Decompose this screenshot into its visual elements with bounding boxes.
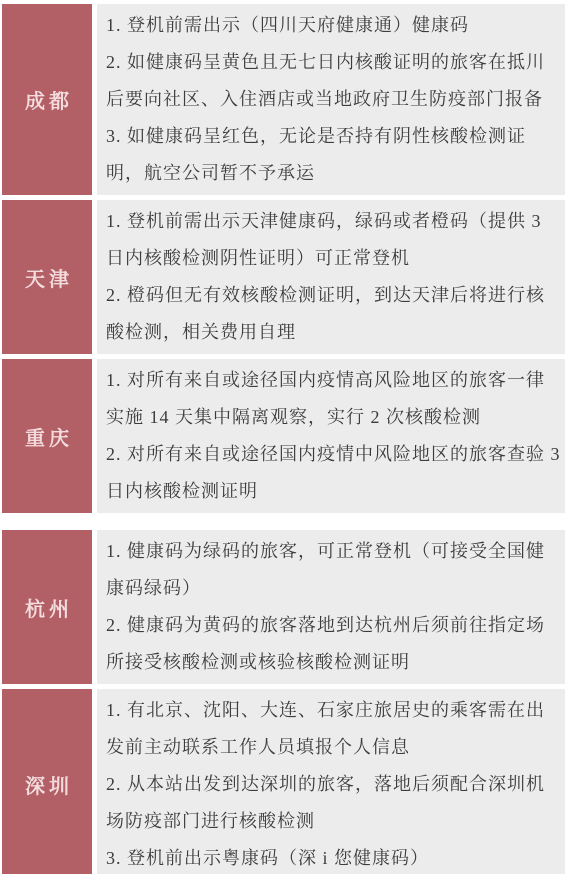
table-row-tianjin: 天津 1. 登机前需出示天津健康码，绿码或者橙码（提供 3 日内核酸检测阴性证明…	[2, 200, 565, 354]
health-code-requirements-table: 成都 1. 登机前需出示（四川天府健康通）健康码 2. 如健康码呈黄色且无七日内…	[0, 0, 569, 874]
requirement-item: 2. 从本站出发到达深圳的旅客，落地后须配合深圳机场防疫部门进行核酸检测	[106, 766, 561, 840]
requirement-item: 2. 对所有来自或途径国内疫情中风险地区的旅客查验 3 日内核酸检测证明	[106, 436, 561, 510]
requirement-item: 1. 对所有来自或途径国内疫情高风险地区的旅客一律实施 14 天集中隔离观察，实…	[106, 362, 561, 436]
requirement-item: 1. 健康码为绿码的旅客，可正常登机（可接受全国健康码绿码）	[106, 533, 561, 607]
requirement-item: 3. 如健康码呈红色，无论是否持有阴性核酸检测证明，航空公司暂不予承运	[106, 118, 561, 192]
requirement-item: 3. 登机前出示粤康码（深 i 您健康码）	[106, 840, 561, 874]
city-cell-hangzhou: 杭州	[2, 530, 92, 684]
requirement-item: 2. 如健康码呈黄色且无七日内核酸证明的旅客在抵川后要向社区、入住酒店或当地政府…	[106, 44, 561, 118]
table-row-chengdu: 成都 1. 登机前需出示（四川天府健康通）健康码 2. 如健康码呈黄色且无七日内…	[2, 4, 565, 195]
requirements-cell-hangzhou: 1. 健康码为绿码的旅客，可正常登机（可接受全国健康码绿码） 2. 健康码为黄码…	[97, 530, 565, 684]
requirements-cell-shenzhen: 1. 有北京、沈阳、大连、石家庄旅居史的乘客需在出发前主动联系工作人员填报个人信…	[97, 689, 565, 874]
requirements-cell-chengdu: 1. 登机前需出示（四川天府健康通）健康码 2. 如健康码呈黄色且无七日内核酸证…	[97, 4, 565, 195]
city-cell-chongqing: 重庆	[2, 359, 92, 513]
city-cell-shenzhen: 深圳	[2, 689, 92, 874]
table-row-shenzhen: 深圳 1. 有北京、沈阳、大连、石家庄旅居史的乘客需在出发前主动联系工作人员填报…	[2, 689, 565, 874]
city-cell-chengdu: 成都	[2, 4, 92, 195]
requirements-cell-chongqing: 1. 对所有来自或途径国内疫情高风险地区的旅客一律实施 14 天集中隔离观察，实…	[97, 359, 565, 513]
requirement-item: 2. 健康码为黄码的旅客落地到达杭州后须前往指定场所接受核酸检测或核验核酸检测证…	[106, 607, 561, 681]
requirements-cell-tianjin: 1. 登机前需出示天津健康码，绿码或者橙码（提供 3 日内核酸检测阴性证明）可正…	[97, 200, 565, 354]
table-block-1: 成都 1. 登机前需出示（四川天府健康通）健康码 2. 如健康码呈黄色且无七日内…	[2, 4, 565, 513]
requirement-item: 1. 有北京、沈阳、大连、石家庄旅居史的乘客需在出发前主动联系工作人员填报个人信…	[106, 692, 561, 766]
requirement-item: 1. 登机前需出示（四川天府健康通）健康码	[106, 7, 561, 44]
requirement-item: 1. 登机前需出示天津健康码，绿码或者橙码（提供 3 日内核酸检测阴性证明）可正…	[106, 203, 561, 277]
table-block-2: 杭州 1. 健康码为绿码的旅客，可正常登机（可接受全国健康码绿码） 2. 健康码…	[2, 530, 565, 874]
requirement-item: 2. 橙码但无有效核酸检测证明，到达天津后将进行核酸检测，相关费用自理	[106, 277, 561, 351]
table-row-hangzhou: 杭州 1. 健康码为绿码的旅客，可正常登机（可接受全国健康码绿码） 2. 健康码…	[2, 530, 565, 684]
table-row-chongqing: 重庆 1. 对所有来自或途径国内疫情高风险地区的旅客一律实施 14 天集中隔离观…	[2, 359, 565, 513]
city-cell-tianjin: 天津	[2, 200, 92, 354]
